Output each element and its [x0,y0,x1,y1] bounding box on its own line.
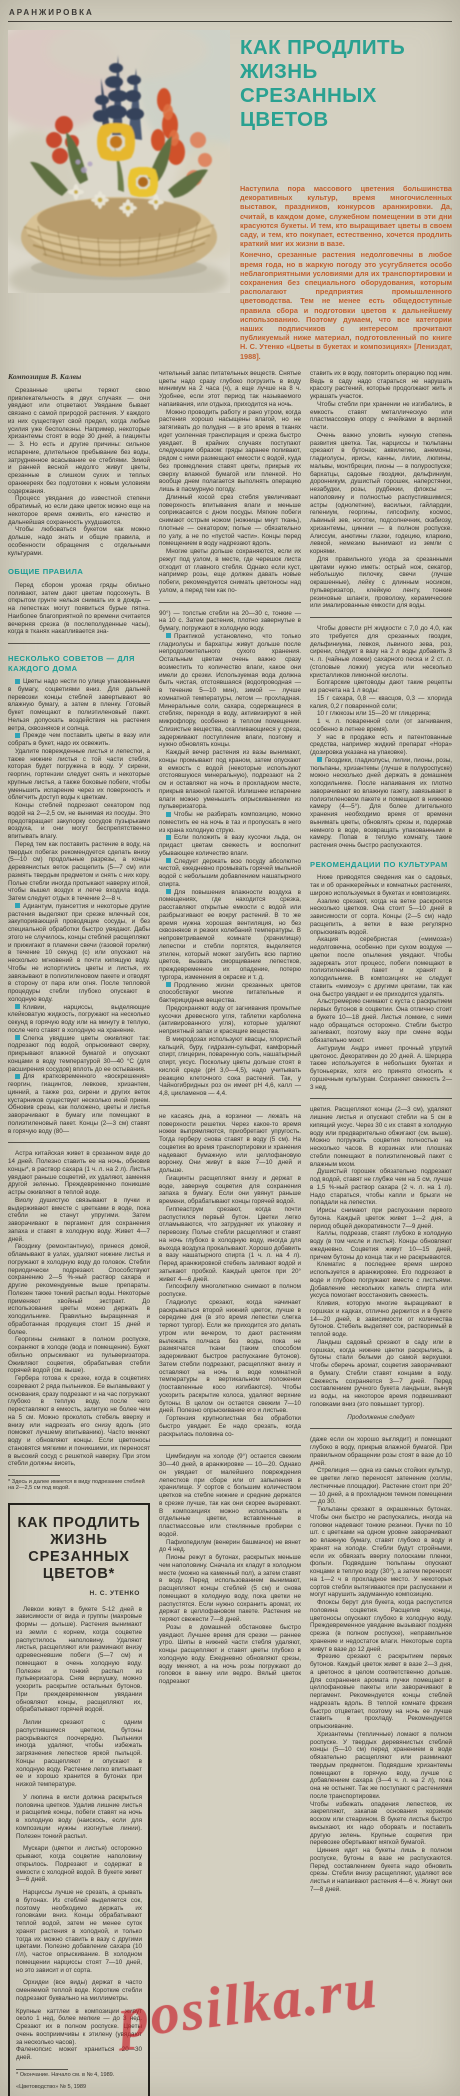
paragraph: Удалите поврежденные листья и лепестки, … [8,748,150,802]
paragraph: Срезанные цветы теряют свою привлекатель… [8,387,150,496]
intro-text: Наступила пора массового цветения больши… [240,184,452,361]
paragraph: Фаленопсис может храниться 20—30 дней. [16,2046,142,2062]
paragraph: Гладиолус срезают, когда начинает раскры… [159,1299,301,1415]
paragraph: Пионы режут в бутонах, раскрытых меньше … [159,1554,301,1624]
section-heading: НЕСКОЛЬКО СОВЕТОВ — ДЛЯ КАЖДОГО ДОМА [8,654,150,673]
paragraph: Цинния идет на букеты лишь в полном росп… [310,1847,452,1894]
bulleted-paragraph: Гвоздики, гладиолусы, лилии, пионы, розы… [310,757,452,850]
paragraph: Азалию срезают, когда на ветке раскроетс… [310,898,452,937]
paragraph: Предохраняют воду от загнивания промытые… [159,1005,301,1036]
paragraph: В микродозах используют квасцы, хлористы… [159,1036,301,1098]
column-rule [8,643,150,644]
paragraph: Гербера готова к срезке, когда в соцвети… [8,1375,150,1468]
paragraph: Антуриум Андрэ имеет прочный упругий цве… [310,1045,452,1092]
article-columns: Композиция В. Калвы Срезанные цветы теря… [8,370,452,2096]
bulleted-paragraph: Слегка увядшие цветы оживляют так: подре… [8,1035,150,1074]
paragraph: чительный запас питательных веществ. Сня… [159,370,301,409]
boxed-article-author: Н. С. УТЕНКО [16,1590,140,1598]
column-1-blocks: Срезанные цветы теряют свою привлекатель… [8,387,150,1492]
footnote: * Здесь и далее имеется в виду подрезани… [8,1475,150,1492]
paragraph: Чтобы избежать опадения лепестков, их за… [310,1801,452,1848]
paragraph: Процесс увядания до известной степени об… [8,495,150,526]
paragraph: Левкои живут в букете 5-12 дней в зависи… [16,1606,142,1715]
column-3: ставить их в воду, повторить операцию по… [310,370,452,1894]
column-1: Композиция В. Калвы Срезанные цветы теря… [8,370,150,2096]
paragraph: Чтобы довести pH жидкости с 7,0 до 4,0, … [310,625,452,679]
column-rule [159,1105,301,1106]
title-cell: КАК ПРОДЛИТЬ ЖИЗНЬ СРЕЗАННЫХ ЦВЕТОВ Наст… [240,30,452,363]
paragraph: цветия. Расщепляют концы (2—3 см), удаля… [310,1106,452,1168]
paragraph: Тюльпаны срезают в окрашенных бутонах. Ч… [310,1506,452,1599]
paragraph: 10 г глюкозы или 15—20 мг глицерина; [310,710,452,718]
boxed-article: КАК ПРОДЛИТЬ ЖИЗНЬ СРЕЗАННЫХ ЦВЕТОВ* Н. … [8,1503,150,2096]
column-2-blocks: чительный запас питательных веществ. Сня… [159,370,301,1686]
bulleted-paragraph: Если положить в вазу кусочки льда, он пр… [159,834,301,857]
journal-credit: «Цветоводство» № 5, 1989 [16,2084,142,2091]
paragraph: Клематис в последнее время широко исполь… [310,1261,452,1300]
scanned-magazine-page: АРАНЖИРОВКА [0,0,460,2096]
paragraph: Мускари (цветки и листья) осторожно срыв… [16,1845,142,1884]
section-heading: ОБЩИЕ ПРАВИЛА [8,567,150,577]
paragraph: Длинный косой срез стебля увеличивает по… [159,494,301,548]
paragraph: Чтобы любоваться букетом как можно дольш… [8,526,150,557]
paragraph: Нарциссы лучше не срезать, а срывать в б… [16,1889,142,1974]
flower-painting [8,30,230,293]
paragraph: Цимбидиум на холоде (9°) остается свежим… [159,1453,301,1538]
paragraph: Кливия, которую многие выращивают в горш… [310,1300,452,1339]
paragraph: Гипсофилу многолетнюю снимают в полном р… [159,1283,301,1299]
boxed-article-title: КАК ПРОДЛИТЬ ЖИЗНЬ СРЕЗАННЫХ ЦВЕТОВ* [16,1515,142,1583]
bulleted-paragraph: Следует держать всю посуду абсолютно чис… [159,858,301,889]
bulleted-paragraph: Адиантум, пуансеттия и некоторые другие … [8,903,150,1004]
column-rule [310,617,452,618]
intro-paragraph: Конечно, срезанные растения недолговечны… [240,250,452,360]
masthead-rule [8,21,452,22]
column-rule [159,1445,301,1446]
paragraph: Душистый горошек обязательно подрезают п… [310,1168,452,1207]
paragraph: Альстремерию снимают с куста с раскрытие… [310,998,452,1045]
paragraph: Многие цветы дольше сохраняются, если их… [159,548,301,595]
paragraph: Концы стеблей подрезают секатором под во… [8,802,150,841]
paragraph: Гортензия крупнолистная без обработки бы… [159,1415,301,1438]
paragraph: Ландыш садовый срезают в саду или в горш… [310,1339,452,1409]
column-rule [159,602,301,603]
paragraph: Чтобы стебли при хранении не изгибались,… [310,401,452,432]
top-section: КАК ПРОДЛИТЬ ЖИЗНЬ СРЕЗАННЫХ ЦВЕТОВ Наст… [8,30,452,363]
paragraph: Каллы, подрезав, ставят глубоко в холодн… [310,1230,452,1261]
bulleted-paragraph: Прежде чем поставить цветы в вазу или со… [8,732,150,748]
bulleted-paragraph: Для повышения влажности воздуха в помеще… [159,889,301,982]
bulleted-paragraph: Продлению жизни срезанных цветов способс… [159,982,301,1005]
paragraph: не касаясь дна, а корзинки — лежать на п… [159,1113,301,1175]
bulleted-paragraph: Для кратковременного «воскрешения» георг… [8,1073,150,1135]
column-3-blocks: ставить их в воду, повторить операцию по… [310,370,452,1894]
intro-paragraph: Наступила пора массового цветения больши… [240,184,452,248]
paragraph: (даже если он хорошо выглядит) и помещаю… [310,1436,452,1467]
paragraph: Астра китайская живет в срезанном виде д… [8,1150,150,1197]
paragraph: Пафиопедилум (венерин башмачок) не вянет… [159,1539,301,1555]
column-rule [8,1142,150,1143]
painting-cell [8,30,230,363]
painting-caption: Композиция В. Калвы [8,372,150,381]
paragraph: Фрезию срезают с раскрытием первых бутон… [310,1653,452,1731]
continuation-notice: Продолжение следует [310,1414,452,1422]
paragraph: Флоксы берут для букета, когда распустит… [310,1599,452,1653]
flower-painting-svg [8,30,230,293]
column-rule [310,1428,452,1429]
paragraph: Хризантемы (тепличные) ломают в полном р… [310,1731,452,1801]
paragraph: Гиацинты расщепляют внизу и держат в вод… [159,1175,301,1206]
page-title: КАК ПРОДЛИТЬ ЖИЗНЬ СРЕЗАННЫХ ЦВЕТОВ [240,36,452,132]
paragraph: У нас в продаже есть и патентованные сре… [310,734,452,757]
section-heading: РЕКОМЕНДАЦИИ ПО КУЛЬТУРАМ [310,860,452,870]
paragraph: Ирисы снимают при распускании первого бу… [310,1207,452,1230]
bulleted-paragraph: Кливии, нарциссы, выделяющие клейковатую… [8,1004,150,1035]
paragraph: Крупные каттлеи в композиции живут около… [16,2008,142,2047]
bulleted-paragraph: Цветы надо нести по улице упакованными в… [8,678,150,732]
paragraph: Гиппеаструм срезают, когда почти распуст… [159,1206,301,1284]
paragraph: Георгины снимают в полном роспуске, сохр… [8,1336,150,1375]
paragraph: Перед тем как поставить растение в воду,… [8,841,150,903]
paragraph: Для правильного ухода за срезанными цвет… [310,556,452,610]
paragraph: Лилии срезают с одним распустившимся цве… [16,1719,142,1789]
rubric-label: АРАНЖИРОВКА [8,5,452,21]
paragraph: Розы в домашней обстановке быстро увядаю… [159,1624,301,1686]
paragraph: 90°) — толстые стебли на 20—30 с, тонкие… [159,610,301,633]
paragraph: 15 г сахара, 0,8 — квасцов, 0,3 — хлорид… [310,695,452,711]
paragraph: Виолу душистую связывают в пучки и выдер… [8,1197,150,1244]
paragraph: Гвоздику (ремонтантную), принеся домой, … [8,1243,150,1336]
paragraph: 1 ч. л. поваренной соли (от загнивания, … [310,718,452,734]
paragraph: Можно проводить работу и рано утром, ког… [159,409,301,494]
paragraph: Перед сбором урожая гряды обильно полива… [8,582,150,636]
paragraph: ставить их в воду, повторить операцию по… [310,370,452,401]
paragraph: Болгарские цветоводы дают такие рецепты … [310,679,452,695]
bulleted-paragraph: Чтобы не разбирать композицию, можно пом… [159,811,301,834]
boxed-article-blocks: Левкои живут в букете 5-12 дней в зависи… [16,1606,142,2062]
paragraph: У люпина в кисти должна раскрыться полов… [16,1794,142,1841]
paragraph: Ниже приводятся сведения как о садовых, … [310,874,452,897]
paragraph: Орхидеи (все виды) держат в часто сменяе… [16,1979,142,2002]
boxed-article-footnote: * Окончание. Начало см. в № 4, 1989. [16,2069,142,2079]
bulleted-paragraph: Практикой установлено, что только гладио… [159,633,301,749]
paragraph: Стрелиция — одна из самых стойких культу… [310,1467,452,1506]
paragraph: Очень важно уловить нужную степень разви… [310,432,452,556]
column-rule [310,1098,452,1099]
column-2: чительный запас питательных веществ. Сня… [159,370,301,1686]
paragraph: Каждый вечер растения из вазы вынимают, … [159,749,301,811]
paragraph: Акация серебристая («мимоза») недолговеч… [310,936,452,998]
